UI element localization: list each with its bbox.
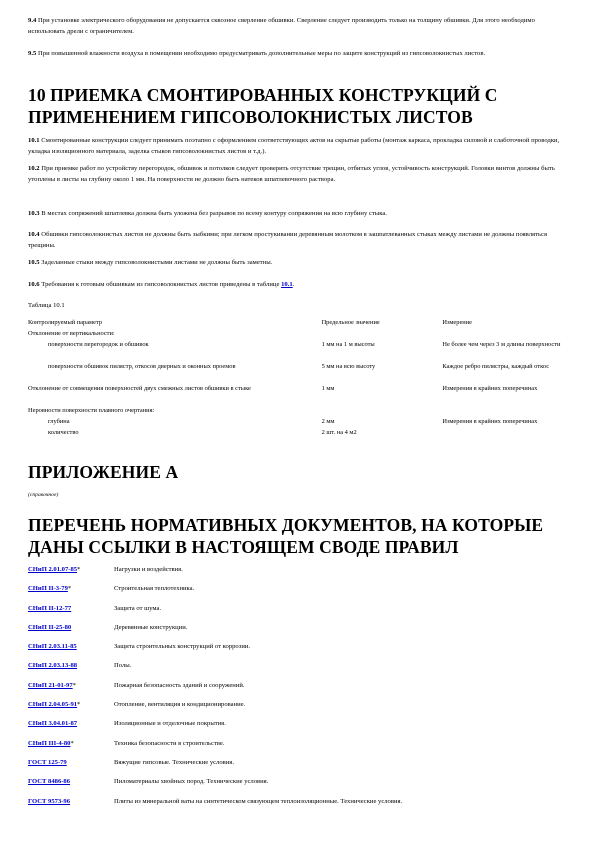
header-measurement: Измерение: [442, 318, 568, 329]
paragraph-number: 10.5: [28, 259, 40, 266]
references-list-heading: ПЕРЕЧЕНЬ НОРМАТИВНЫХ ДОКУМЕНТОВ, НА КОТО…: [28, 514, 573, 558]
paragraph-10-3: 10.3 В местах сопряжений шпатлевка должн…: [28, 208, 387, 219]
reference-link[interactable]: СНиП 21-01-97: [28, 682, 73, 689]
reference-title: Изоляционные и отделочные покрытия.: [114, 719, 226, 728]
appendix-note: (справочное): [28, 492, 58, 498]
reference-link[interactable]: СНиП 2.01.07-85: [28, 566, 77, 573]
paragraph-10-4: 10.4 Обшивки гипсоволокнистых листов не …: [28, 229, 573, 251]
paragraph-text: Требования к готовым обшивкам из гипсово…: [41, 281, 281, 288]
header-limit: Предельное значение: [322, 318, 443, 329]
reference-title: Плиты из минеральной ваты на синтетическ…: [114, 797, 402, 806]
list-item: СНиП 2.01.07-85* Нагрузки и воздействия.: [28, 565, 588, 584]
list-item: СНиП 2.04.05-91* Отопление, вентиляция и…: [28, 700, 588, 719]
list-item: СНиП II-3-79* Строительная теплотехника.: [28, 584, 588, 603]
reference-link[interactable]: СНиП 2.03.13-88: [28, 662, 77, 669]
paragraph-number: 9.5: [28, 50, 36, 57]
list-item: ГОСТ 9573-96 Плиты из минеральной ваты н…: [28, 797, 588, 816]
paragraph-number: 10.6: [28, 281, 40, 288]
table-row: глубина 2 мм Измерения в крайних попереч…: [28, 417, 568, 428]
reference-title: Пиломатериалы хвойных пород. Технические…: [114, 777, 268, 786]
reference-title: Пожарная безопасность зданий и сооружени…: [114, 681, 245, 690]
paragraph-text: При установке электрического оборудовани…: [28, 17, 535, 35]
reference-link[interactable]: СНиП 2.03.11-85: [28, 643, 77, 650]
paragraph-text: Смонтированные конструкции следует прини…: [28, 137, 559, 155]
paragraph-number: 10.2: [28, 165, 40, 172]
reference-link[interactable]: СНиП 2.04.05-91: [28, 701, 77, 708]
table-row: Неровности поверхности плавного очертани…: [28, 406, 568, 417]
reference-link[interactable]: ГОСТ 9573-96: [28, 798, 70, 805]
paragraph-9-5: 9.5 При повышенной влажности воздуха в п…: [28, 48, 573, 59]
reference-title: Строительная теплотехника.: [114, 584, 194, 593]
paragraph-number: 10.1: [28, 137, 40, 144]
paragraph-10-1: 10.1 Смонтированные конструкции следует …: [28, 135, 573, 157]
list-item: СНиП 2.03.13-88 Полы.: [28, 661, 588, 680]
reference-link[interactable]: ГОСТ 125-79: [28, 759, 67, 766]
reference-title: Нагрузки и воздействия.: [114, 565, 183, 574]
paragraph-10-6: 10.6 Требования к готовым обшивкам из ги…: [28, 279, 294, 290]
paragraph-10-5: 10.5 Заделанные стыки между гипсоволокни…: [28, 257, 272, 268]
table-header-row: Контролируемый параметр Предельное значе…: [28, 318, 568, 329]
list-item: СНиП II-25-80 Деревянные конструкции.: [28, 623, 588, 642]
requirements-table: Контролируемый параметр Предельное значе…: [28, 318, 568, 439]
list-item: СНиП III-4-80* Техника безопасности в ст…: [28, 739, 588, 758]
reference-title: Защита строительных конструкций от корро…: [114, 642, 250, 651]
list-item: СНиП 2.03.11-85 Защита строительных конс…: [28, 642, 588, 661]
paragraph-text: В местах сопряжений шпатлевка должна быт…: [41, 210, 387, 217]
reference-link[interactable]: СНиП II-25-80: [28, 624, 71, 631]
reference-link[interactable]: ГОСТ 8486-86: [28, 778, 70, 785]
reference-link[interactable]: СНиП III-4-80: [28, 740, 70, 747]
paragraph-9-4: 9.4 При установке электрического оборудо…: [28, 15, 573, 37]
table-row: Отклонение от вертикальности:: [28, 329, 568, 340]
paragraph-number: 10.3: [28, 210, 40, 217]
paragraph-text: Заделанные стыки между гипсоволокнистыми…: [41, 259, 272, 266]
reference-title: Вяжущие гипсовые. Технические условия.: [114, 758, 234, 767]
reference-link[interactable]: СНиП II-3-79: [28, 585, 68, 592]
paragraph-10-2: 10.2 При приемке работ по устройству пер…: [28, 163, 573, 185]
reference-link[interactable]: СНиП 3.04.01-87: [28, 720, 77, 727]
table-row: Отклонение от совмещения поверхностей дв…: [28, 384, 568, 406]
list-item: СНиП 3.04.01-87 Изоляционные и отделочны…: [28, 719, 588, 738]
reference-title: Защита от шума.: [114, 604, 161, 613]
list-item: СНиП II-12-77 Защита от шума.: [28, 604, 588, 623]
reference-title: Деревянные конструкции.: [114, 623, 187, 632]
paragraph-number: 9.4: [28, 17, 36, 24]
paragraph-text: Обшивки гипсоволокнистых листов не должн…: [28, 231, 547, 249]
reference-title: Техника безопасности в строительстве.: [114, 739, 224, 748]
list-item: ГОСТ 8486-86 Пиломатериалы хвойных пород…: [28, 777, 588, 796]
reference-link[interactable]: СНиП II-12-77: [28, 605, 71, 612]
paragraph-text: При повышенной влажности воздуха в помещ…: [38, 50, 485, 57]
appendix-a-heading: ПРИЛОЖЕНИЕ А: [28, 461, 573, 483]
list-item: СНиП 21-01-97* Пожарная безопасность зда…: [28, 681, 588, 700]
reference-title: Полы.: [114, 661, 131, 670]
section-10-heading: 10 ПРИЕМКА СМОНТИРОВАННЫХ КОНСТРУКЦИЙ С …: [28, 84, 573, 128]
references-list: СНиП 2.01.07-85* Нагрузки и воздействия.…: [28, 565, 588, 816]
table-row: поверхности перегородок и обшивок 1 мм н…: [28, 340, 568, 362]
header-parameter: Контролируемый параметр: [28, 318, 322, 329]
paragraph-number: 10.4: [28, 231, 40, 238]
list-item: ГОСТ 125-79 Вяжущие гипсовые. Технически…: [28, 758, 588, 777]
reference-title: Отопление, вентиляция и кондиционировани…: [114, 700, 245, 709]
table-caption: Таблица 10.1: [28, 300, 65, 311]
table-10-1-link[interactable]: 10.1: [281, 281, 293, 288]
paragraph-text: При приемке работ по устройству перегоро…: [28, 165, 555, 183]
table-row: поверхности обшивок пилястр, откосов две…: [28, 362, 568, 384]
